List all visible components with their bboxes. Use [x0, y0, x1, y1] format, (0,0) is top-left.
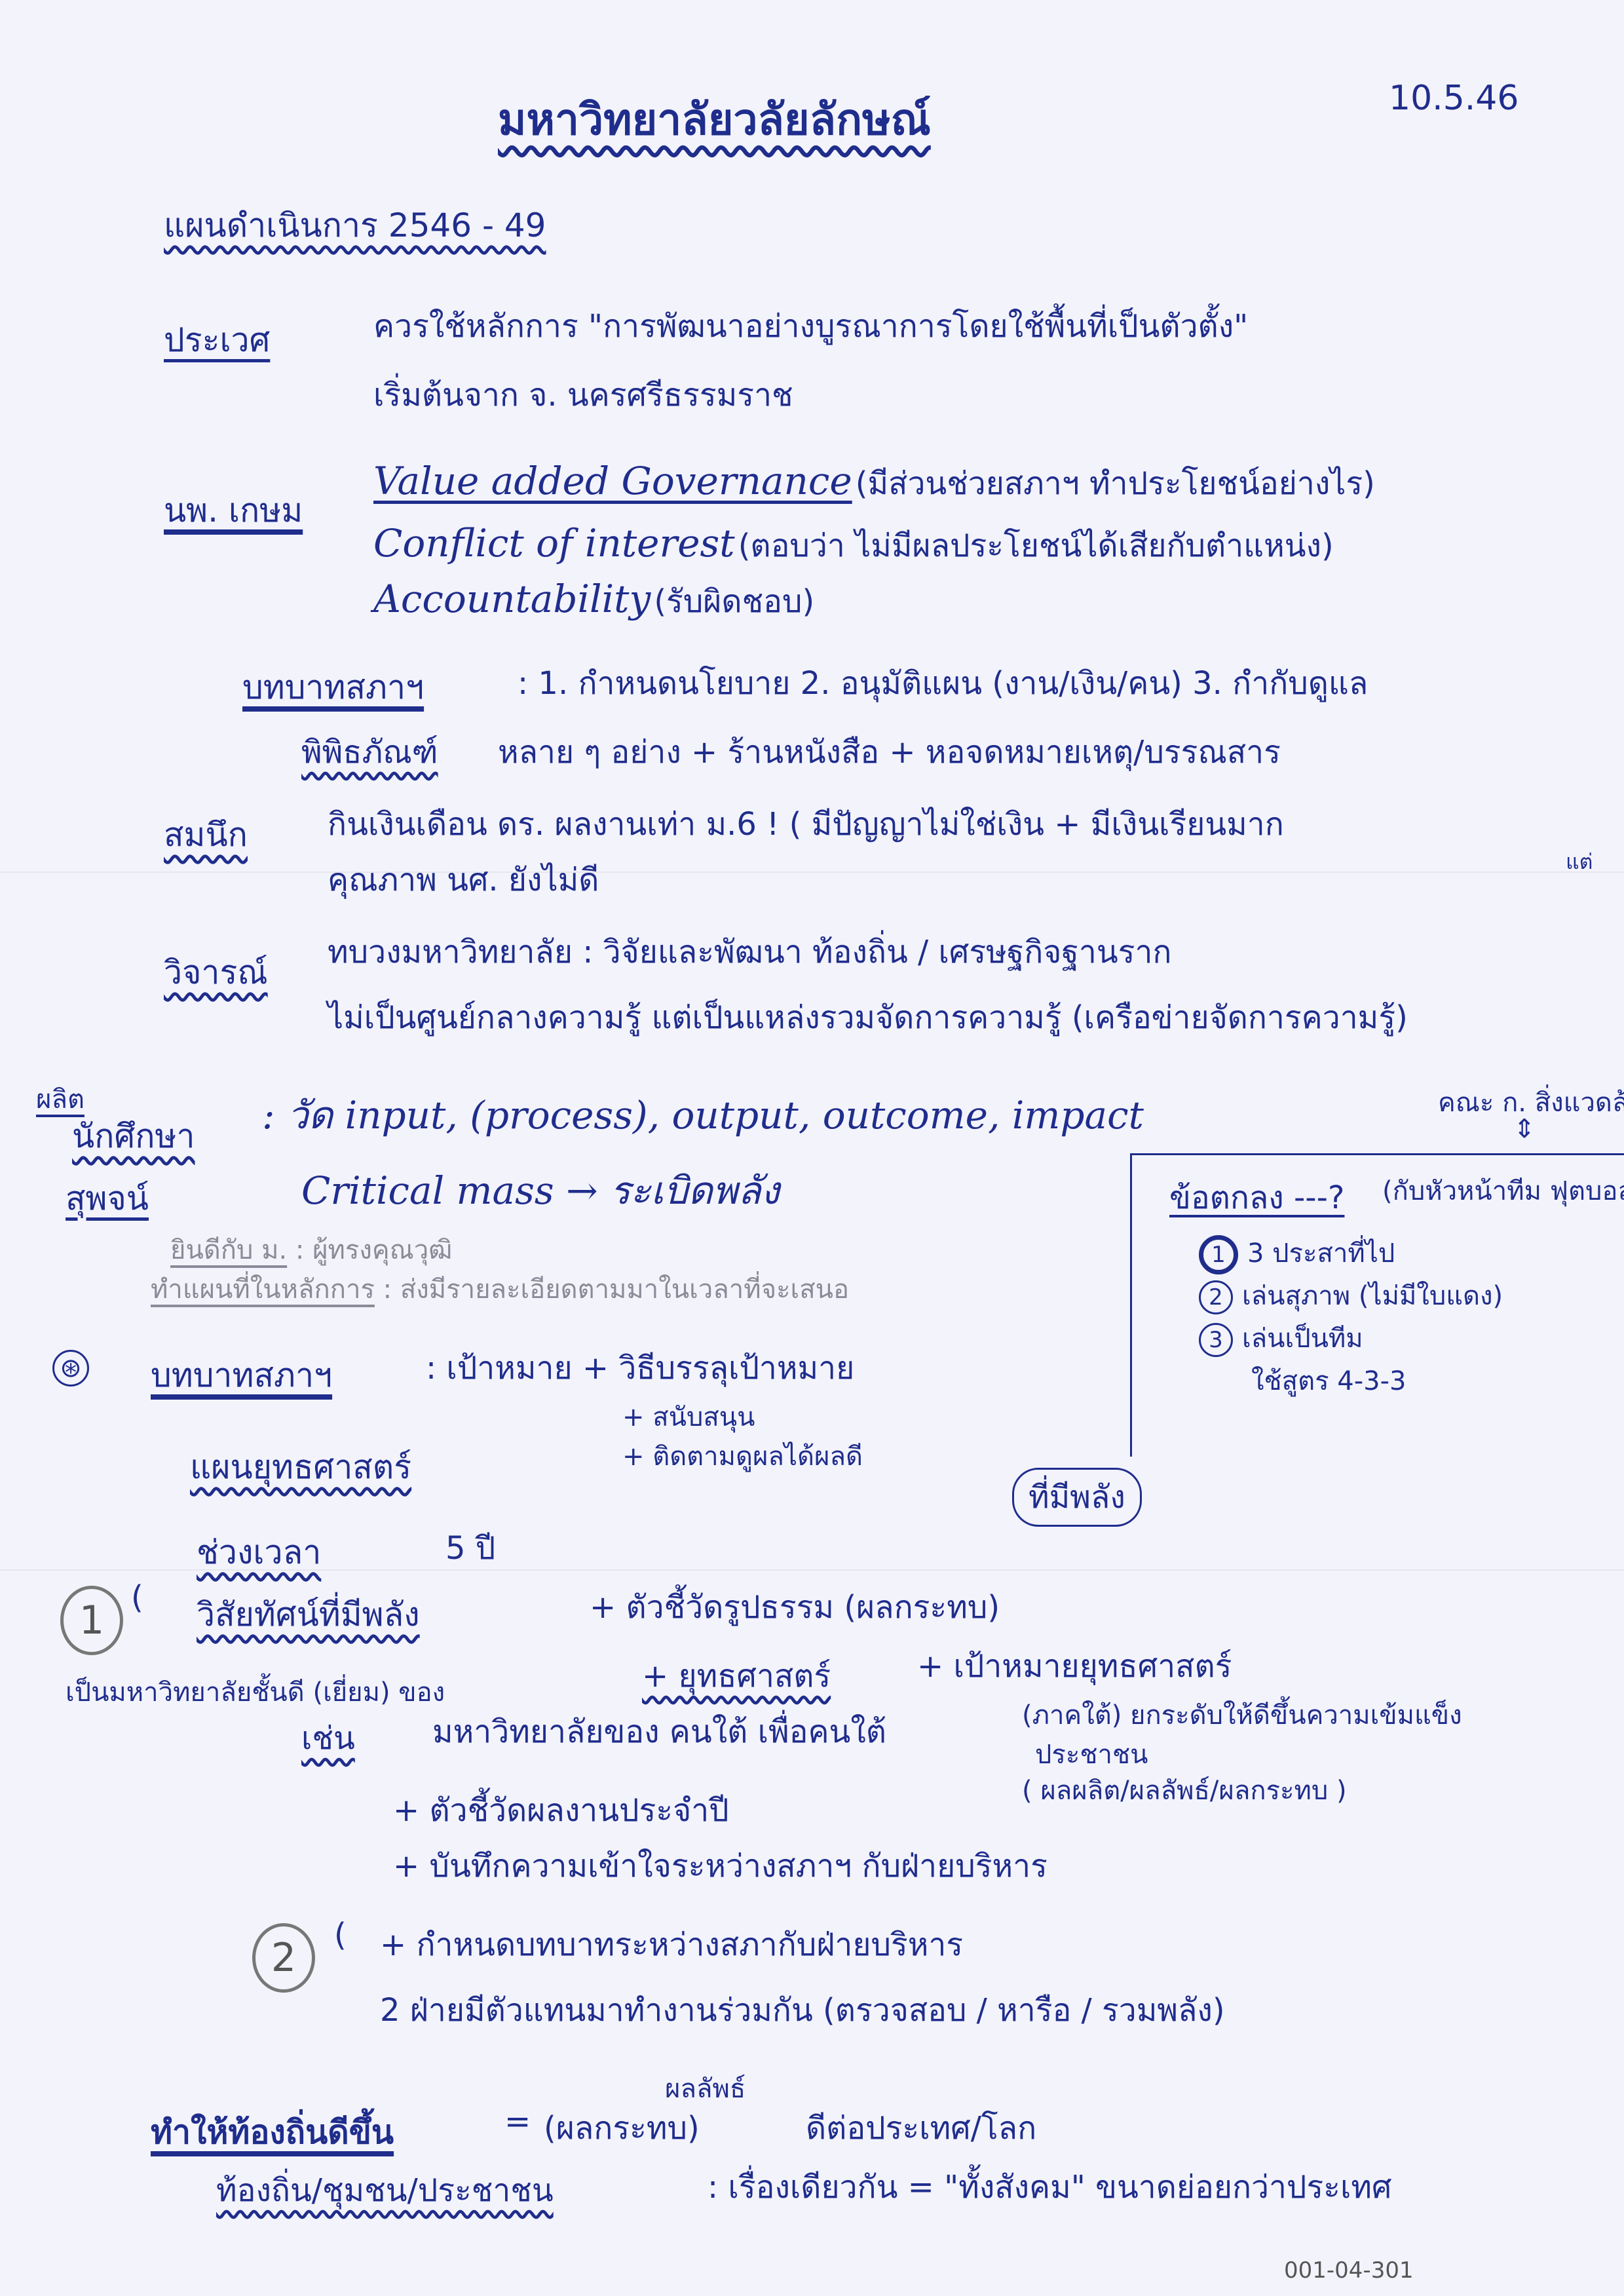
pencil-note-2: ทำแผนที่ในหลักการ : ส่งมีรายละเอียดตามมา… — [151, 1268, 849, 1310]
agreement-aside: (กับหัวหน้าทีม ฟุตบอล) — [1382, 1170, 1624, 1212]
plan-heading: แผนดำเนินการ 2546 - 49 — [164, 200, 546, 252]
number-2-icon: 2 — [1199, 1280, 1233, 1314]
sumnuk-line1: กินเงินเดือน ดร. ผลงานเท่า ม.6 ! ( มีปัญ… — [328, 799, 1284, 849]
power-oval: ที่มีพลัง — [1012, 1468, 1142, 1527]
pencil-note-1: ยินดีกับ ม. : ผู้ทรงคุณวุฒิ — [170, 1229, 452, 1271]
asterisk-icon: ⊛ — [52, 1350, 89, 1387]
point2-line2: 2 ฝ่ายมีตัวแทนมาทำงานร่วมกัน (ตรวจสอบ / … — [380, 1985, 1225, 2035]
wichan-label: วิจารณ์ — [164, 947, 268, 999]
sumnuk-small-note: แต่ — [1566, 845, 1593, 879]
document-number: 001-04-301 — [1284, 2257, 1414, 2284]
students-line1: : วัด input, (process), output, outcome,… — [262, 1084, 1144, 1145]
example-note: (ภาคใต้) ยกระดับให้ดีขึ้นความเข้มแข็ง — [1022, 1694, 1462, 1736]
agreement-item: 3เล่นเป็นทีม — [1199, 1317, 1363, 1359]
vision-example: เป็นมหาวิทยาลัยชั้นดี (เยี่ยม) ของ — [66, 1671, 445, 1713]
bracket-icon: ( — [131, 1579, 143, 1616]
council-roles-label: บทบาทสภาฯ — [242, 662, 424, 714]
vision-line: + ตัวชี้วัดรูปธรรม (ผลกระทบ) — [590, 1582, 1000, 1632]
period-value: 5 ปี — [445, 1523, 495, 1573]
conclusion-eq: = — [504, 2103, 531, 2140]
agreement-title: ข้อตกลง ---? — [1169, 1173, 1344, 1223]
number-1-badge: 1 — [60, 1586, 123, 1655]
governance-term: Conflict of interest — [373, 521, 735, 565]
strategy-head: บทบาทสภาฯ — [151, 1350, 332, 1402]
strategy-plus-item: + สนับสนุน — [622, 1396, 755, 1438]
number-1-icon: 1 — [1199, 1235, 1238, 1274]
page-title: มหาวิทยาลัยวลัยลักษณ์ — [498, 85, 931, 154]
governance-item: Accountability (รับผิดชอบ) — [373, 577, 814, 626]
paper-fold — [0, 871, 1624, 873]
conclusion-label: ทำให้ท้องถิ่นดีขึ้น — [151, 2107, 394, 2158]
bracket-icon: ( — [334, 1917, 347, 1953]
governance-note: (รับผิดชอบ) — [654, 583, 814, 620]
kpi-line: + ตัวชี้วัดผลงานประจำปี — [393, 1786, 729, 1835]
vision-label: วิสัยทัศน์ที่มีพลัง — [197, 1589, 420, 1641]
wichan-line1: ทบวงมหาวิทยาลัย : วิจัยและพัฒนา ท้องถิ่น… — [328, 927, 1171, 977]
council-roles-line1: : 1. กำหนดนโยบาย 2. อนุมัติแผน (งาน/เงิน… — [518, 659, 1368, 708]
council-roles-line2: หลาย ๆ อย่าง + ร้านหนังสือ + หอจดหมายเหต… — [498, 727, 1281, 777]
period-label: ช่วงเวลา — [197, 1527, 321, 1578]
example-text: มหาวิทยาลัยของ คนใต้ เพื่อคนใต้ — [432, 1707, 886, 1757]
students-label: นักศึกษา — [72, 1111, 195, 1162]
conclusion-paren: (ผลกระทบ) — [544, 2103, 700, 2153]
strategy-plus-item: + ติดตามดูผลได้ผลดี — [622, 1435, 863, 1477]
governance-note: (มีส่วนช่วยสภาฯ ทำประโยชน์อย่างไร) — [856, 465, 1375, 502]
strategy-plan-label: แผนยุทธศาสตร์ — [190, 1442, 411, 1493]
agreement-item: 13 ประสาที่ไป — [1199, 1232, 1395, 1274]
number-2-badge: 2 — [252, 1923, 315, 1993]
suphot-line1: Critical mass → ระเบิดพลัง — [301, 1160, 780, 1221]
governance-term: Value added Governance — [373, 459, 852, 503]
strategy-link: + ยุทธศาสตร์ — [642, 1651, 831, 1701]
arrow-updown-icon: ⇕ — [1513, 1114, 1536, 1144]
governance-note: (ตอบว่า ไม่มีผลประโยชน์ได้เสียกับตำแหน่ง… — [738, 527, 1334, 564]
conclusion-rest: ดีต่อประเทศ/โลก — [806, 2103, 1036, 2153]
date: 10.5.46 — [1389, 79, 1519, 118]
president-label: ประเวศ — [164, 315, 270, 366]
governance-item: Value added Governance (มีส่วนช่วยสภาฯ ท… — [373, 459, 1375, 508]
conclusion-line2: : เรื่องเดียวกัน = "ทั้งสังคม" ขนาดย่อยก… — [708, 2162, 1391, 2212]
suphot-label: สุพจน์ — [66, 1173, 149, 1225]
governance-item: Conflict of interest (ตอบว่า ไม่มีผลประโ… — [373, 521, 1334, 571]
museum-label: พิพิธภัณฑ์ — [301, 727, 438, 777]
president-line1: ควรใช้หลักการ "การพัฒนาอย่างบูรณาการโดยใ… — [373, 301, 1248, 351]
mou-line: + บันทึกความเข้าใจระหว่างสภาฯ กับฝ่ายบริ… — [393, 1841, 1048, 1891]
agreement-formation: ใช้สูตร 4-3-3 — [1251, 1360, 1406, 1402]
kpi-note: ( ผลผลิต/ผลลัพธ์/ผลกระทบ ) — [1022, 1769, 1347, 1811]
wichan-line2: ไม่เป็นศูนย์กลางความรู้ แต่เป็นแหล่งรวมจ… — [328, 993, 1408, 1043]
strategy-goal: + เป้าหมายยุทธศาสตร์ — [917, 1641, 1232, 1691]
agreement-item: 2เล่นสุภาพ (ไม่มีใบแดง) — [1199, 1274, 1503, 1316]
president-line2: เริ่มต้นจาก จ. นครศรีธรรมราช — [373, 370, 793, 420]
example-label: เช่น — [301, 1713, 355, 1763]
governance-term: Accountability — [373, 577, 651, 621]
sumnuk-label: สมนึก — [164, 809, 248, 861]
conclusion-line2-label: ท้องถิ่น/ชุมชน/ประชาชน — [216, 2166, 554, 2215]
point2-line1: + กำหนดบทบาทระหว่างสภากับฝ่ายบริหาร — [380, 1920, 963, 1970]
sumnuk-line2: คุณภาพ นศ. ยังไม่ดี — [328, 855, 599, 905]
strategy-line: : เป้าหมาย + วิธีบรรลุเป้าหมาย — [426, 1343, 854, 1393]
number-3-icon: 3 — [1199, 1323, 1233, 1357]
governance-label: นพ. เกษม — [164, 485, 303, 537]
